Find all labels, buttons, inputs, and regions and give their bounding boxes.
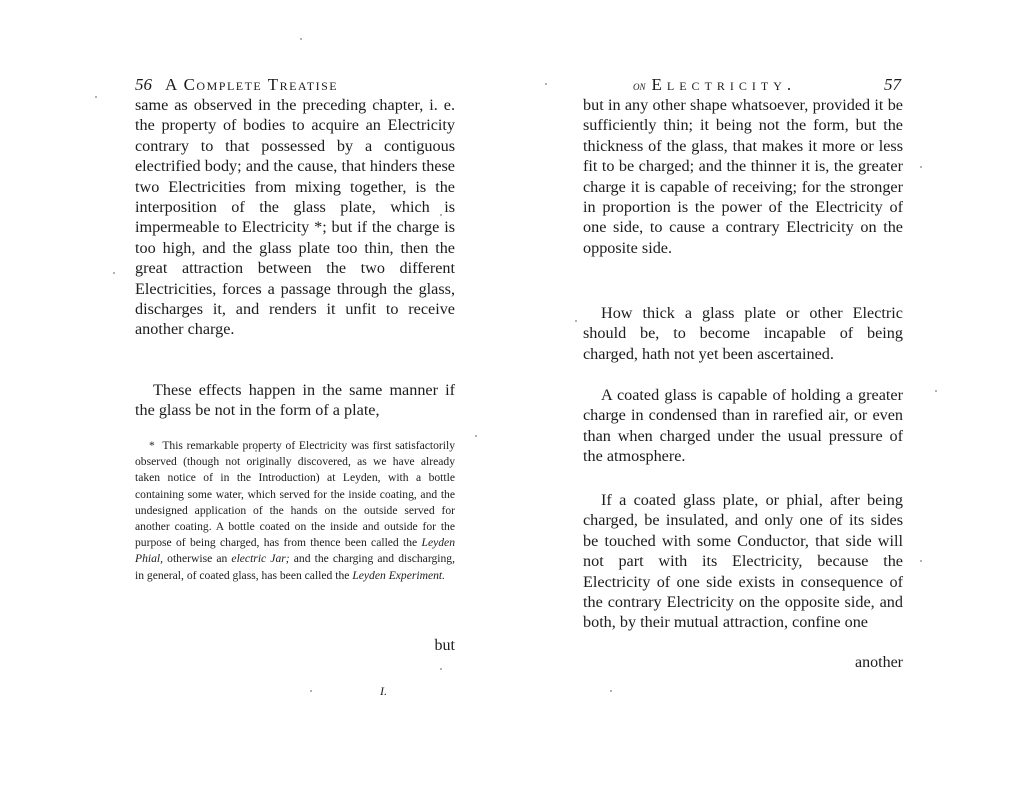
scan-speck [920, 560, 922, 562]
paragraph-text: How thick a glass plate or other Electri… [583, 303, 903, 364]
page-number-left: 56 [135, 74, 152, 96]
footnote-text-1: This remarkable property of Electricity … [135, 439, 455, 549]
scan-speck [113, 272, 115, 274]
right-paragraph-2: How thick a glass plate or other Electri… [583, 303, 903, 364]
scan-speck [545, 83, 547, 85]
running-head-word: Electricity. [652, 75, 797, 94]
footnote-otherwise: otherwise an [167, 552, 227, 565]
signature-mark: I. [380, 684, 387, 699]
page-number-right: 57 [884, 74, 901, 96]
footnote-leyden-experiment: Leyden Experiment. [352, 569, 445, 582]
scan-speck [920, 166, 922, 168]
left-paragraph-1: same as observed in the preceding chapte… [135, 95, 455, 340]
running-head-prefix: on [633, 78, 646, 93]
scan-speck [610, 690, 612, 692]
right-paragraph-3: A coated glass is capable of holding a g… [583, 385, 903, 467]
scan-speck [310, 690, 312, 692]
scan-speck [440, 668, 442, 670]
footnote-marker: * [149, 439, 155, 452]
paragraph-text: If a coated glass plate, or phial, after… [583, 490, 903, 633]
left-running-head: 56 A Complete Treatise [135, 74, 455, 96]
paragraph-text: These effects happen in the same manner … [135, 380, 455, 421]
right-running-head: onElectricity. 57 [583, 74, 903, 96]
right-paragraph-4: If a coated glass plate, or phial, after… [583, 490, 903, 633]
scan-speck [575, 320, 577, 322]
footnote-electric-jar: electric Jar; [231, 552, 289, 565]
scan-speck [300, 38, 302, 40]
scan-speck [475, 435, 477, 437]
catchword-left: but [435, 637, 455, 655]
running-head-title-right: onElectricity. [633, 74, 796, 97]
paragraph-text: A coated glass is capable of holding a g… [583, 385, 903, 467]
scan-speck [95, 96, 97, 98]
catchword-right: another [855, 654, 903, 672]
right-paragraph-1: but in any other shape whatsoever, provi… [583, 95, 903, 258]
running-head-title-left: A Complete Treatise [165, 74, 338, 96]
footnote: * This remarkable property of Electricit… [135, 438, 455, 584]
scan-speck [440, 214, 442, 216]
left-paragraph-2: These effects happen in the same manner … [135, 380, 455, 421]
paragraph-text: but in any other shape whatsoever, provi… [583, 95, 903, 258]
scan-speck [255, 450, 257, 452]
paragraph-text: same as observed in the preceding chapte… [135, 95, 455, 340]
scan-speck [935, 390, 937, 392]
